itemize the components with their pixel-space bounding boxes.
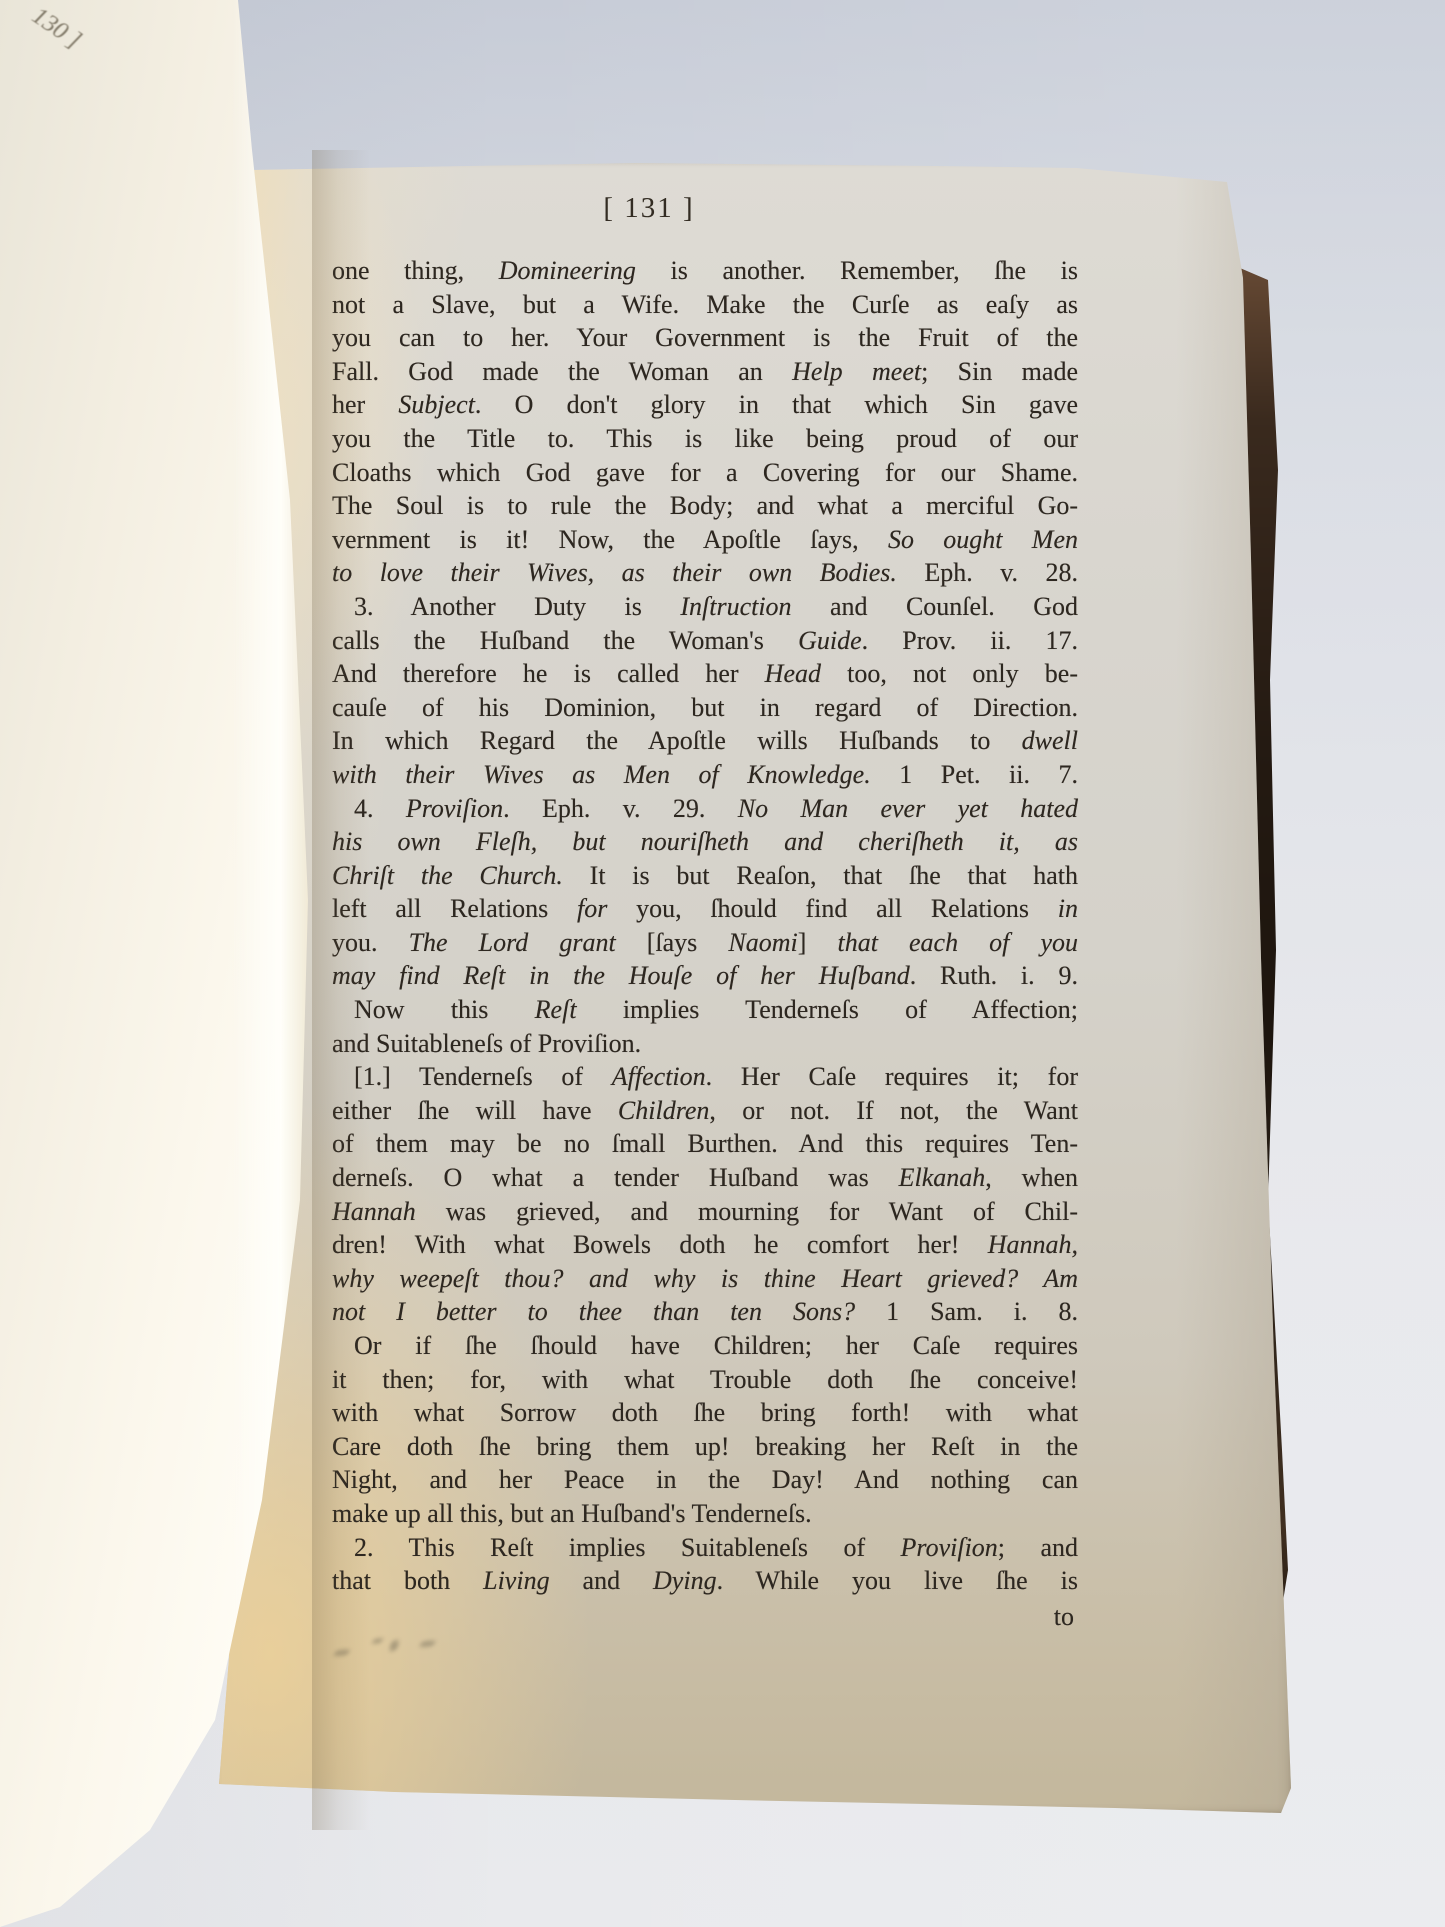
text-line: one thing, Domineering is another. Remem… — [332, 254, 1078, 288]
text-line: In which Regard the Apoſtle wills Huſban… — [332, 724, 1078, 758]
italic-text: Proviſion — [406, 794, 503, 823]
page-number-header: [ 131 ] — [276, 192, 1022, 225]
regular-text: . Eph. v. 29. — [503, 794, 738, 823]
italic-text: dwell — [1022, 726, 1078, 755]
text-line: Care doth ſhe bring them up! breaking he… — [332, 1430, 1078, 1464]
regular-text: vernment is it! Now, the Apoſtle ſays, — [332, 525, 888, 554]
regular-text: cauſe of his Dominion, but in regard of … — [332, 693, 1078, 722]
italic-text: for — [577, 894, 607, 923]
regular-text: . Prov. ii. 17. — [862, 626, 1078, 655]
regular-text: ; and — [998, 1533, 1078, 1562]
regular-text: Cloaths which God gave for a Covering fo… — [332, 458, 1078, 487]
text-line: vernment is it! Now, the Apoſtle ſays, S… — [332, 523, 1078, 557]
regular-text: Eph. v. 28. — [897, 558, 1078, 587]
italic-text: to love their Wives, as their own Bodies… — [332, 558, 897, 587]
text-line: and Suitableneſs of Proviſion. — [332, 1027, 1078, 1061]
regular-text: . O don't glory in that which Sin gave — [475, 390, 1078, 419]
italic-text: So ought Men — [888, 525, 1078, 554]
regular-text: The Soul is to rule the Body; and what a… — [332, 491, 1078, 520]
italic-text: why weepeſt thou? and why is thine Heart… — [332, 1264, 1078, 1293]
regular-text: , or not. If not, the Want — [709, 1096, 1078, 1125]
regular-text: Now this — [354, 995, 535, 1024]
regular-text: implies Tenderneſs of Affection; — [577, 995, 1078, 1024]
regular-text: left all Relations — [332, 894, 577, 923]
italic-text: Subject — [398, 390, 475, 419]
regular-text: derneſs. O what a tender Huſband was — [332, 1163, 899, 1192]
regular-text: too, not only be- — [821, 659, 1078, 688]
text-line: may find Reſt in the Houſe of her Huſban… — [332, 959, 1078, 993]
text-line: Night, and her Peace in the Day! And not… — [332, 1463, 1078, 1497]
regular-text: it then; for, with what Trouble doth ſhe… — [332, 1365, 1078, 1394]
italic-text: in — [1058, 894, 1078, 923]
regular-text: 2. This Reſt implies Suitableneſs of — [354, 1533, 901, 1562]
italic-text: Living — [483, 1566, 549, 1595]
regular-text: is another. Remember, ſhe is — [636, 256, 1078, 285]
regular-text: [ſays — [616, 928, 729, 957]
text-line: dren! With what Bowels doth he comfort h… — [332, 1228, 1078, 1262]
regular-text: and Suitableneſs of Proviſion. — [332, 1029, 641, 1058]
regular-text: Fall. God made the Woman an — [332, 357, 792, 386]
regular-text: dren! With what Bowels doth he comfort h… — [332, 1230, 988, 1259]
text-line: Chriſt the Church. It is but Reaſon, tha… — [332, 859, 1078, 893]
italic-text: his own Fleſh, but nouriſheth and cheriſ… — [332, 827, 1078, 856]
regular-text: [1.] Tenderneſs of — [354, 1062, 612, 1091]
text-line: And therefore he is called her Head too,… — [332, 657, 1078, 691]
text-line: with what Sorrow doth ſhe bring forth! w… — [332, 1396, 1078, 1430]
text-line: 4. Proviſion. Eph. v. 29. No Man ever ye… — [332, 792, 1078, 826]
regular-text: either ſhe will have — [332, 1096, 618, 1125]
regular-text: you. — [332, 928, 409, 957]
text-line: cauſe of his Dominion, but in regard of … — [332, 691, 1078, 725]
regular-text: you the Title to. This is like being pro… — [332, 424, 1078, 453]
text-line: Now this Reſt implies Tenderneſs of Affe… — [332, 993, 1078, 1027]
italic-text: may find Reſt in the Houſe of her Huſban… — [332, 961, 910, 990]
italic-text: Chriſt the Church. — [332, 861, 563, 890]
text-line: either ſhe will have Children, or not. I… — [332, 1094, 1078, 1128]
text-line: you. The Lord grant [ſays Naomi] that ea… — [332, 926, 1078, 960]
regular-text: was grieved, and mourning for Want of Ch… — [416, 1197, 1078, 1226]
text-line: not a Slave, but a Wife. Make the Curſe … — [332, 288, 1078, 322]
text-line: make up all this, but an Huſband's Tende… — [332, 1497, 1078, 1531]
text-line: of them may be no ſmall Burthen. And thi… — [332, 1127, 1078, 1161]
recto-page: [ 131 ] one thing, Domineering is anothe… — [215, 158, 1295, 1818]
regular-text: Night, and her Peace in the Day! And not… — [332, 1465, 1078, 1494]
italic-text: Domineering — [499, 256, 636, 285]
text-line: his own Fleſh, but nouriſheth and cheriſ… — [332, 825, 1078, 859]
italic-text: Head — [765, 659, 821, 688]
regular-text: and Counſel. God — [792, 592, 1078, 621]
regular-text: In which Regard the Apoſtle wills Huſban… — [332, 726, 1022, 755]
text-line: not I better to thee than ten Sons? 1 Sa… — [332, 1295, 1078, 1329]
regular-text: And therefore he is called her — [332, 659, 765, 688]
italic-text: Inſtruction — [680, 592, 791, 621]
regular-text: her — [332, 390, 398, 419]
text-block: one thing, Domineering is another. Remem… — [332, 254, 1078, 1633]
regular-text: you can to her. Your Government is the F… — [332, 323, 1078, 352]
regular-text: make up all this, but an Huſband's Tende… — [332, 1499, 812, 1528]
text-line: The Soul is to rule the Body; and what a… — [332, 489, 1078, 523]
text-line: you the Title to. This is like being pro… — [332, 422, 1078, 456]
text-line: left all Relations for you, ſhould find … — [332, 892, 1078, 926]
text-line: Cloaths which God gave for a Covering fo… — [332, 456, 1078, 490]
regular-text: 1 Pet. ii. 7. — [871, 760, 1078, 789]
italic-text: Help meet — [792, 357, 921, 386]
regular-text: . Ruth. i. 9. — [910, 961, 1078, 990]
regular-text: , when — [985, 1163, 1078, 1192]
regular-text: It is but Reaſon, that ſhe that hath — [563, 861, 1078, 890]
italic-text: Reſt — [535, 995, 577, 1024]
text-line: derneſs. O what a tender Huſband was Elk… — [332, 1161, 1078, 1195]
text-line: why weepeſt thou? and why is thine Heart… — [332, 1262, 1078, 1296]
regular-text: ; Sin made — [921, 357, 1078, 386]
italic-text: Affection — [612, 1062, 706, 1091]
text-line: Or if ſhe ſhould have Children; her Caſe… — [332, 1329, 1078, 1363]
italic-text: Hannah — [332, 1197, 416, 1226]
text-line: Fall. God made the Woman an Help meet; S… — [332, 355, 1078, 389]
regular-text: . Her Caſe requires it; for — [706, 1062, 1078, 1091]
regular-text: not a Slave, but a Wife. Make the Curſe … — [332, 290, 1078, 319]
italic-text: The Lord grant — [409, 928, 616, 957]
verso-page-number: 130 ] — [25, 3, 88, 53]
text-line: that both Living and Dying. While you li… — [332, 1564, 1078, 1598]
italic-text: No Man ever yet hated — [738, 794, 1078, 823]
italic-text: with their Wives as Men of Knowledge. — [332, 760, 871, 789]
text-line: [1.] Tenderneſs of Affection. Her Caſe r… — [332, 1060, 1078, 1094]
text-line: calls the Huſband the Woman's Guide. Pro… — [332, 624, 1078, 658]
regular-text: you, ſhould find all Relations — [607, 894, 1057, 923]
regular-text: 3. Another Duty is — [354, 592, 680, 621]
italic-text: not I better to thee than ten Sons? — [332, 1297, 855, 1326]
text-line: her Subject. O don't glory in that which… — [332, 388, 1078, 422]
italic-text: Proviſion — [901, 1533, 998, 1562]
regular-text: that both — [332, 1566, 483, 1595]
italic-text: Elkanah — [899, 1163, 986, 1192]
regular-text: Care doth ſhe bring them up! breaking he… — [332, 1432, 1078, 1461]
text-line: 2. This Reſt implies Suitableneſs of Pro… — [332, 1531, 1078, 1565]
regular-text: and — [550, 1566, 653, 1595]
text-line: it then; for, with what Trouble doth ſhe… — [332, 1363, 1078, 1397]
italic-text: Dying — [653, 1566, 717, 1595]
text-line: Hannah was grieved, and mourning for Wan… — [332, 1195, 1078, 1229]
regular-text: 1 Sam. i. 8. — [855, 1297, 1078, 1326]
regular-text: ] — [798, 928, 838, 957]
text-line: with their Wives as Men of Knowledge. 1 … — [332, 758, 1078, 792]
regular-text: calls the Huſband the Woman's — [332, 626, 798, 655]
text-line: you can to her. Your Government is the F… — [332, 321, 1078, 355]
italic-text: Guide — [798, 626, 862, 655]
regular-text: . While you live ſhe is — [717, 1566, 1078, 1595]
italic-text: Hannah, — [988, 1230, 1078, 1259]
regular-text: Or if ſhe ſhould have Children; her Caſe… — [354, 1331, 1078, 1360]
regular-text: with what Sorrow doth ſhe bring forth! w… — [332, 1398, 1078, 1427]
regular-text: of them may be no ſmall Burthen. And thi… — [332, 1129, 1078, 1158]
regular-text: 4. — [354, 794, 406, 823]
italic-text: Naomi — [728, 928, 797, 957]
italic-text: that each of you — [837, 928, 1078, 957]
text-line: 3. Another Duty is Inſtruction and Counſ… — [332, 590, 1078, 624]
regular-text: one thing, — [332, 256, 499, 285]
text-line: to love their Wives, as their own Bodies… — [332, 556, 1078, 590]
italic-text: Children — [618, 1096, 709, 1125]
